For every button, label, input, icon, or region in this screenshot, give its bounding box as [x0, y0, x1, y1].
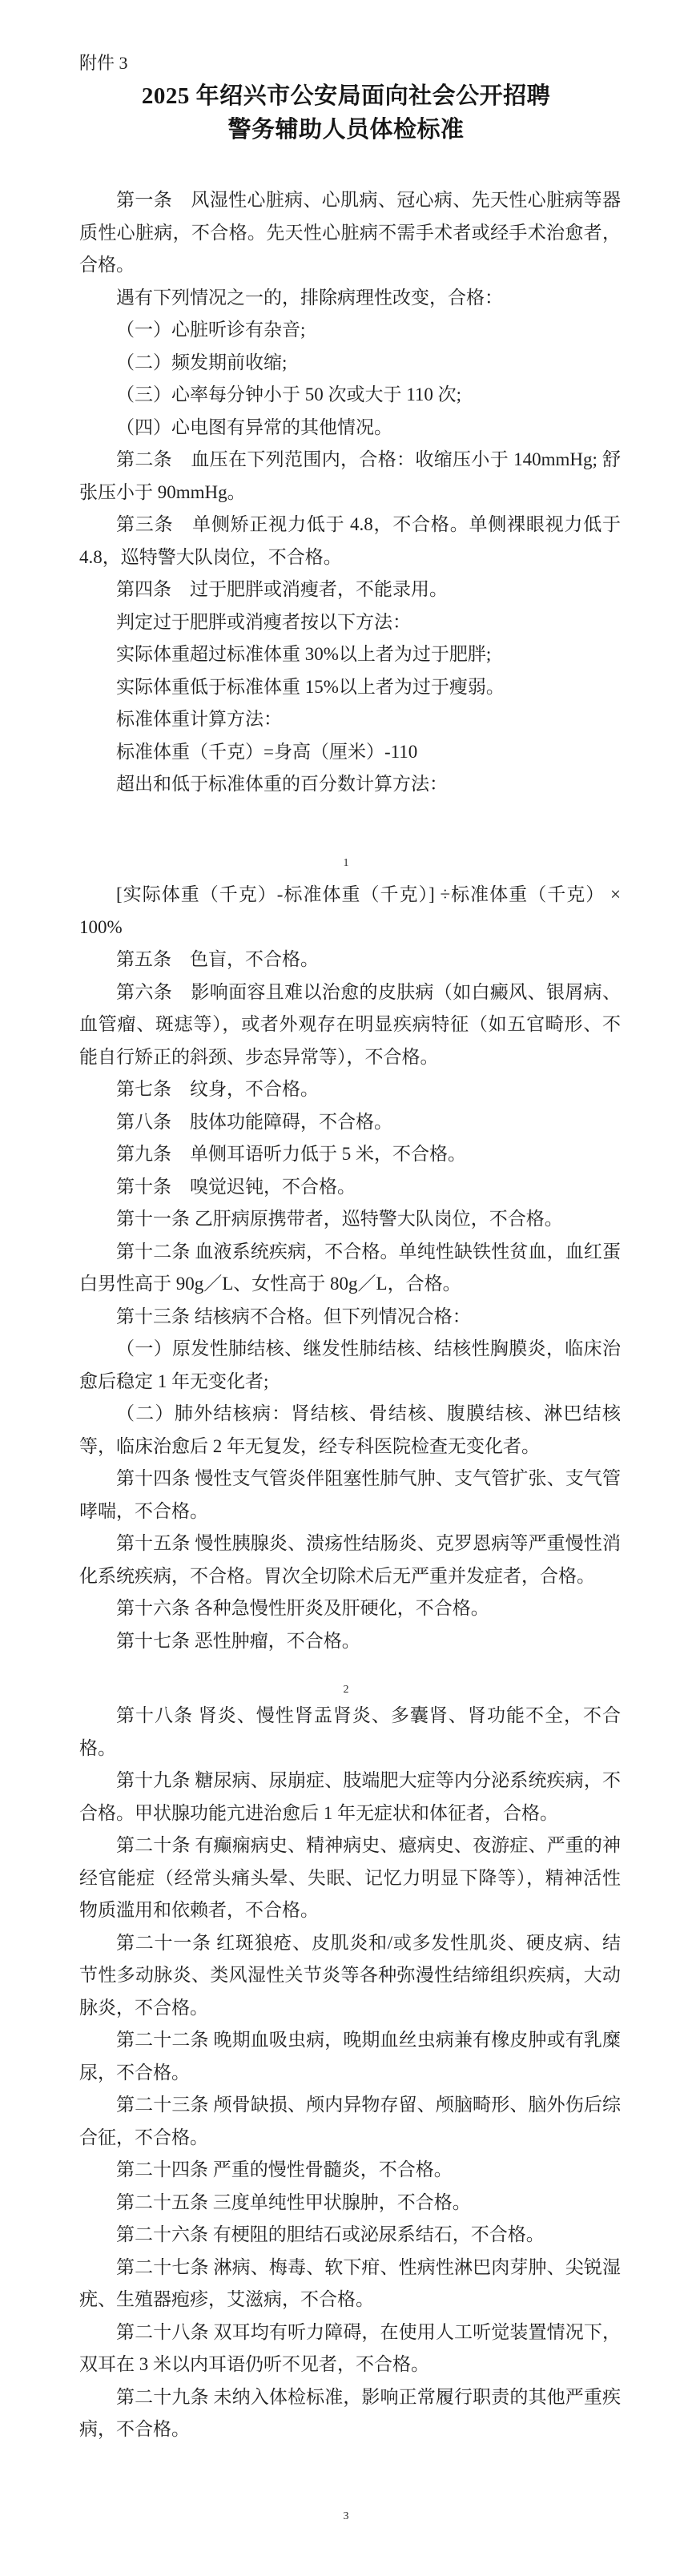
paragraph: 第十五条 慢性胰腺炎、溃疡性结肠炎、克罗恩病等严重慢性消化系统疾病，不合格。胃次…	[79, 1527, 621, 1592]
paragraph: 第二十条 有癫痫病史、精神病史、癔病史、夜游症、严重的神经官能症（经常头痛头晕、…	[79, 1829, 621, 1927]
paragraph: 第四条 过于肥胖或消瘦者，不能录用。	[79, 574, 621, 606]
page-3: 第十八条 肾炎、慢性肾盂肾炎、多囊肾、肾功能不全，不合格。第十九条 糖尿病、尿崩…	[0, 1698, 692, 2576]
document-title: 2025 年绍兴市公安局面向社会公开招聘 警务辅助人员体检标准	[0, 79, 692, 147]
page-2-body: [实际体重（千克）-标准体重（千克）] ÷标准体重（千克） × 100%第五条 …	[79, 879, 621, 1657]
page-number-2: 2	[0, 1683, 692, 1697]
attachment-label: 附件 3	[79, 51, 128, 75]
paragraph: 第二十五条 三度单纯性甲状腺肿，不合格。	[79, 2187, 621, 2220]
paragraph: 第一条 风湿性心脏病、心肌病、冠心病、先天性心脏病等器质性心脏病，不合格。先天性…	[79, 184, 621, 282]
paragraph: 第十九条 糖尿病、尿崩症、肢端肥大症等内分泌系统疾病，不合格。甲状腺功能亢进治愈…	[79, 1765, 621, 1829]
paragraph: 第七条 纹身，不合格。	[79, 1073, 621, 1106]
paragraph: （三）心率每分钟小于 50 次或大于 110 次;	[79, 379, 621, 412]
page-1: 附件 3 2025 年绍兴市公安局面向社会公开招聘 警务辅助人员体检标准 第一条…	[0, 0, 692, 878]
paragraph: 实际体重低于标准体重 15%以上者为过于瘦弱。	[79, 671, 621, 704]
paragraph: 第十六条 各种急慢性肝炎及肝硬化，不合格。	[79, 1592, 621, 1625]
paragraph: 第二十三条 颅骨缺损、颅内异物存留、颅脑畸形、脑外伤后综合征，不合格。	[79, 2089, 621, 2154]
paragraph: 第十七条 恶性肿瘤，不合格。	[79, 1625, 621, 1658]
title-line-1: 2025 年绍兴市公安局面向社会公开招聘	[0, 79, 692, 113]
paragraph: 实际体重超过标准体重 30%以上者为过于肥胖;	[79, 638, 621, 671]
document-page: 附件 3 2025 年绍兴市公安局面向社会公开招聘 警务辅助人员体检标准 第一条…	[0, 0, 692, 2576]
paragraph: 第十二条 血液系统疾病，不合格。单纯性缺铁性贫血，血红蛋白男性高于 90g／L、…	[79, 1236, 621, 1301]
page-number-3: 3	[0, 2510, 692, 2524]
paragraph: 第二十一条 红斑狼疮、皮肌炎和/或多发性肌炎、硬皮病、结节性多动脉炎、类风湿性关…	[79, 1927, 621, 2025]
paragraph: 第九条 单侧耳语听力低于 5 米，不合格。	[79, 1138, 621, 1171]
paragraph: 第二条 血压在下列范围内，合格：收缩压小于 140mmHg; 舒张压小于 90m…	[79, 444, 621, 509]
paragraph: 第十八条 肾炎、慢性肾盂肾炎、多囊肾、肾功能不全，不合格。	[79, 1700, 621, 1765]
paragraph: （二）肺外结核病：肾结核、骨结核、腹膜结核、淋巴结核等，临床治愈后 2 年无复发…	[79, 1398, 621, 1463]
paragraph: 判定过于肥胖或消瘦者按以下方法：	[79, 606, 621, 639]
page-3-body: 第十八条 肾炎、慢性肾盂肾炎、多囊肾、肾功能不全，不合格。第十九条 糖尿病、尿崩…	[79, 1700, 621, 2446]
title-line-2: 警务辅助人员体检标准	[0, 113, 692, 147]
paragraph: （一）原发性肺结核、继发性肺结核、结核性胸膜炎，临床治愈后稳定 1 年无变化者;	[79, 1333, 621, 1398]
paragraph: 第二十二条 晚期血吸虫病，晚期血丝虫病兼有橡皮肿或有乳糜尿，不合格。	[79, 2024, 621, 2089]
paragraph: （一）心脏听诊有杂音;	[79, 314, 621, 347]
paragraph: 第八条 肢体功能障碍，不合格。	[79, 1106, 621, 1139]
paragraph: 标准体重计算方法：	[79, 703, 621, 736]
paragraph: 第十一条 乙肝病原携带者，巡特警大队岗位，不合格。	[79, 1203, 621, 1236]
paragraph: 第六条 影响面容且难以治愈的皮肤病（如白癜风、银屑病、血管瘤、斑痣等），或者外观…	[79, 976, 621, 1074]
paragraph: 第二十九条 未纳入体检标准，影响正常履行职责的其他严重疾病，不合格。	[79, 2381, 621, 2446]
paragraph: （四）心电图有异常的其他情况。	[79, 412, 621, 445]
page-2: [实际体重（千克）-标准体重（千克）] ÷标准体重（千克） × 100%第五条 …	[0, 878, 692, 1698]
paragraph: 超出和低于标准体重的百分数计算方法：	[79, 768, 621, 801]
paragraph: 第十三条 结核病不合格。但下列情况合格：	[79, 1301, 621, 1334]
page-1-body: 第一条 风湿性心脏病、心肌病、冠心病、先天性心脏病等器质性心脏病，不合格。先天性…	[79, 184, 621, 801]
paragraph: 标准体重（千克）=身高（厘米）-110	[79, 736, 621, 769]
paragraph: [实际体重（千克）-标准体重（千克）] ÷标准体重（千克） × 100%	[79, 879, 621, 944]
paragraph: 第十四条 慢性支气管炎伴阻塞性肺气肿、支气管扩张、支气管哮喘，不合格。	[79, 1463, 621, 1527]
paragraph: 第二十四条 严重的慢性骨髓炎，不合格。	[79, 2154, 621, 2187]
paragraph: 第三条 单侧矫正视力低于 4.8，不合格。单侧裸眼视力低于 4.8，巡特警大队岗…	[79, 509, 621, 574]
paragraph: （二）频发期前收缩;	[79, 347, 621, 380]
page-number-1: 1	[0, 856, 692, 871]
paragraph: 遇有下列情况之一的，排除病理性改变，合格：	[79, 282, 621, 315]
paragraph: 第二十八条 双耳均有听力障碍，在使用人工听觉装置情况下，双耳在 3 米以内耳语仍…	[79, 2316, 621, 2381]
paragraph: 第二十六条 有梗阻的胆结石或泌尿系结石，不合格。	[79, 2219, 621, 2252]
paragraph: 第五条 色盲，不合格。	[79, 944, 621, 976]
paragraph: 第十条 嗅觉迟钝，不合格。	[79, 1171, 621, 1204]
paragraph: 第二十七条 淋病、梅毒、软下疳、性病性淋巴肉芽肿、尖锐湿疣、生殖器疱疹，艾滋病，…	[79, 2252, 621, 2316]
